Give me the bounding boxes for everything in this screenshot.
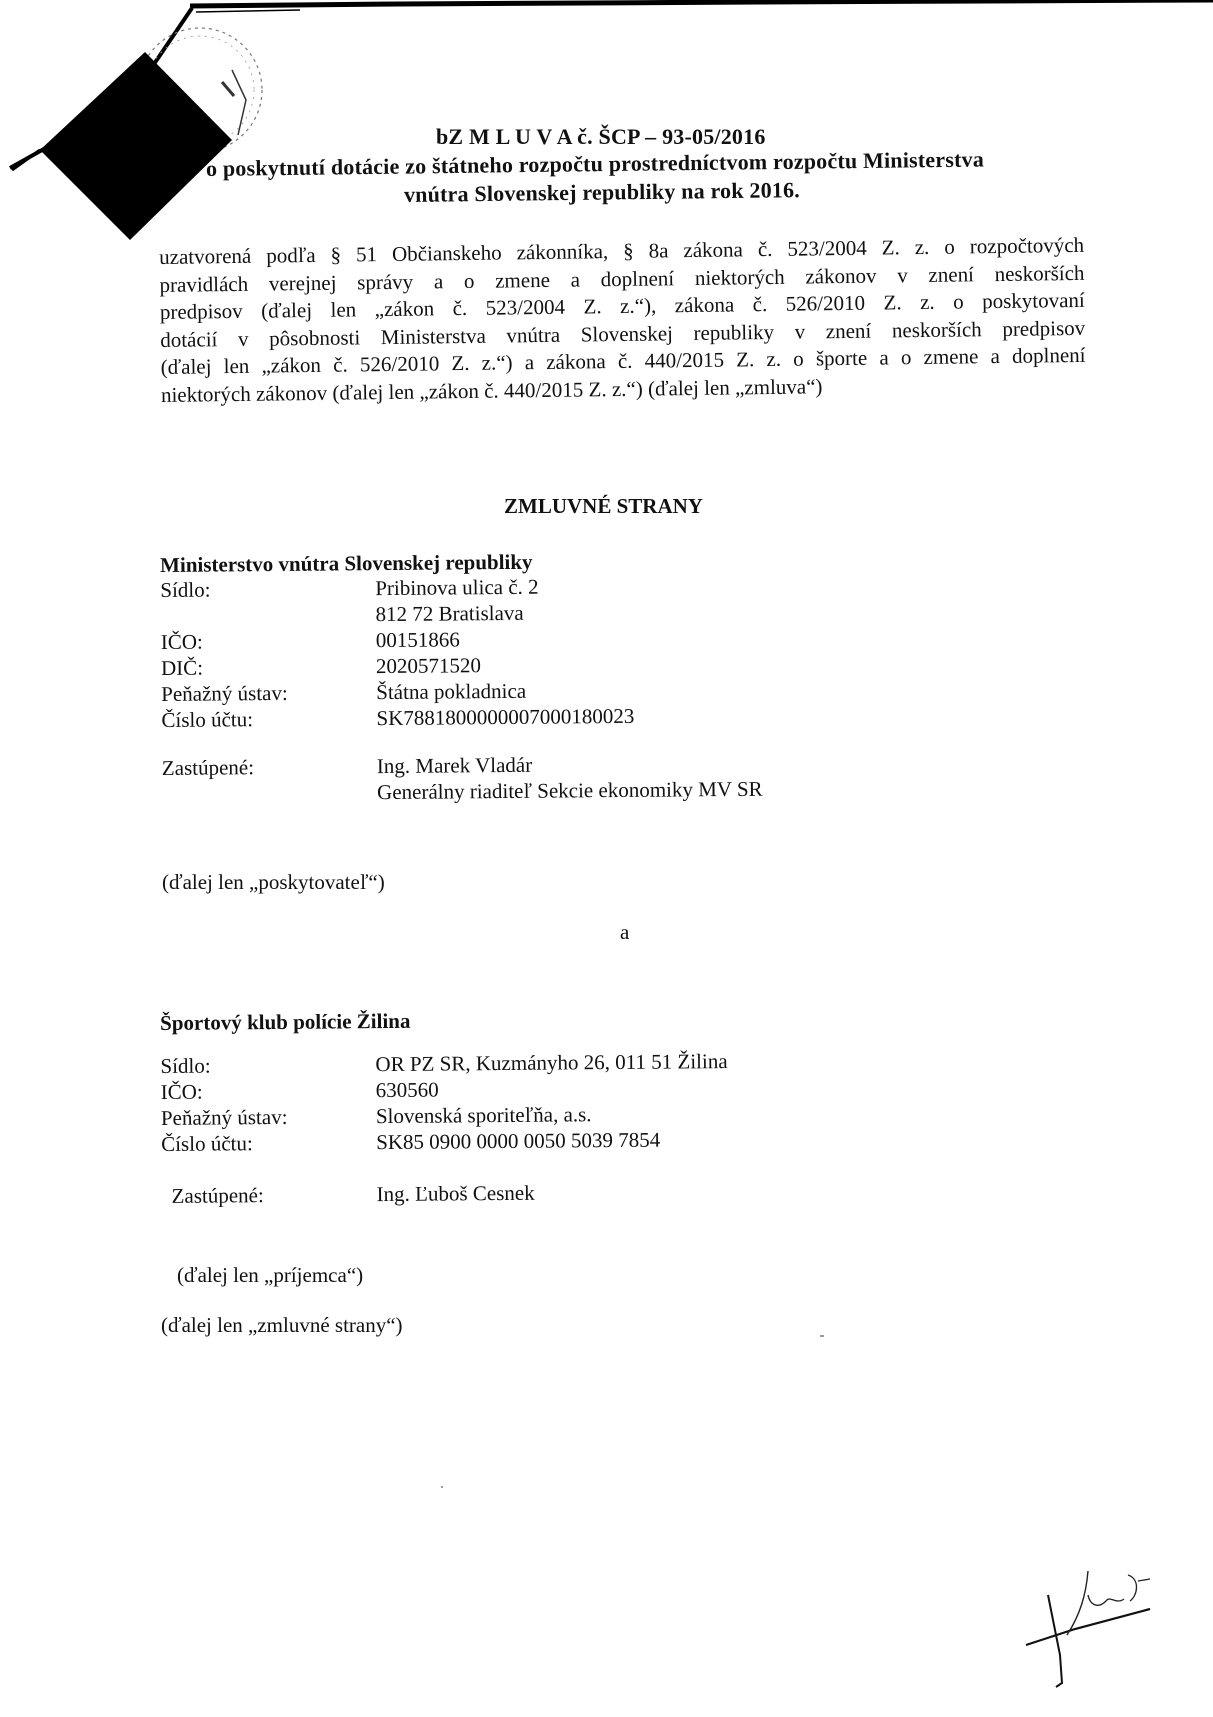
- provider-name: Ministerstvo vnútra Slovenskej republiky: [160, 550, 533, 578]
- field-label: Peňažný ústav:: [161, 681, 288, 707]
- field-value: SK7881800000007000180023: [376, 704, 634, 731]
- provider-reference: (ďalej len „poskytovateľ“): [162, 870, 385, 895]
- official-stamp-redacted: [0, 0, 300, 260]
- provider-row-seat: Sídlo: Pribinova ulica č. 2: [160, 575, 533, 604]
- recipient-row-bank: Peňažný ústav: Slovenská sporiteľňa, a.s…: [161, 1104, 412, 1132]
- provider-row-ico: IČO: 00151866: [161, 627, 534, 656]
- field-value: SK85 0900 0000 0050 5039 7854: [376, 1128, 660, 1155]
- parties-reference: (ďalej len „zmluvné strany“): [161, 1313, 403, 1338]
- field-label: Zastúpené:: [162, 755, 254, 781]
- redaction-block: [40, 52, 232, 240]
- field-value: OR PZ SR, Kuzmányho 26, 011 51 Žilina: [375, 1049, 727, 1077]
- representative-name: Ing. Ľuboš Cesnek: [377, 1181, 535, 1207]
- field-label: IČO:: [161, 1080, 203, 1105]
- field-value: 00151866: [376, 627, 460, 653]
- recipient-row-account: Číslo účtu: SK85 0900 0000 0050 5039 785…: [161, 1130, 412, 1158]
- scan-speck: [441, 1486, 443, 1488]
- handwritten-initials: [1020, 1565, 1170, 1695]
- field-value: Štátna pokladnica: [376, 679, 526, 705]
- field-label: Sídlo:: [160, 578, 210, 603]
- contract-title: bZ M L U V A č. ŠCP – 93-05/2016: [436, 124, 766, 150]
- provider-row-seat-city: 812 72 Bratislava: [160, 601, 533, 630]
- provider-row-account: Číslo účtu: SK7881800000007000180023: [161, 705, 534, 734]
- field-value: 630560: [376, 1078, 439, 1104]
- field-value: Pribinova ulica č. 2: [375, 575, 539, 601]
- recipient-row-represented: Zastúpené: Ing. Ľuboš Cesnek: [162, 1182, 413, 1210]
- field-value: 2020571520: [376, 653, 481, 679]
- field-label: Číslo účtu:: [161, 707, 253, 733]
- field-label: Zastúpené:: [172, 1183, 264, 1209]
- preamble-paragraph: uzatvorená podľa § 51 Občianskeho zákonn…: [159, 232, 1086, 409]
- representative-name: Ing. Marek Vladár: [377, 753, 533, 779]
- recipient-row-ico: IČO: 630560: [161, 1078, 412, 1106]
- field-label: IČO:: [161, 630, 203, 655]
- provider-row-dic: DIČ: 2020571520: [161, 653, 534, 682]
- recipient-row-seat: Sídlo: OR PZ SR, Kuzmányho 26, 011 51 Ži…: [160, 1052, 411, 1080]
- representative-title: Generálny riaditeľ Sekcie ekonomiky MV S…: [377, 777, 763, 805]
- provider-row-represented-title: Generálny riaditeľ Sekcie ekonomiky MV S…: [162, 779, 535, 808]
- field-label: Peňažný ústav:: [161, 1105, 288, 1131]
- field-label: Číslo účtu:: [161, 1131, 253, 1157]
- section-heading-contracting-parties: ZMLUVNÉ STRANY: [504, 494, 703, 519]
- field-value: Slovenská sporiteľňa, a.s.: [376, 1102, 592, 1129]
- provider-row-bank: Peňažný ústav: Štátna pokladnica: [161, 679, 534, 708]
- provider-row-represented: Zastúpené: Ing. Marek Vladár: [162, 753, 535, 782]
- scan-speck: [820, 1335, 824, 1337]
- contract-subtitle-line1: o poskytnutí dotácie zo štátneho rozpočt…: [206, 146, 984, 182]
- field-label: DIČ:: [161, 656, 203, 681]
- recipient-reference: (ďalej len „príjemca“): [177, 1263, 363, 1288]
- provider-party-block: Ministerstvo vnútra Slovenskej republiky…: [160, 550, 535, 808]
- field-value: 812 72 Bratislava: [375, 601, 523, 627]
- recipient-party-block: Športový klub polície Žilina Sídlo: OR P…: [160, 1009, 412, 1210]
- conjunction-and: a: [620, 920, 629, 945]
- recipient-name: Športový klub polície Žilina: [160, 1009, 411, 1036]
- contract-subtitle-line2: vnútra Slovenskej republiky na rok 2016.: [404, 177, 800, 208]
- field-label: Sídlo:: [160, 1054, 210, 1079]
